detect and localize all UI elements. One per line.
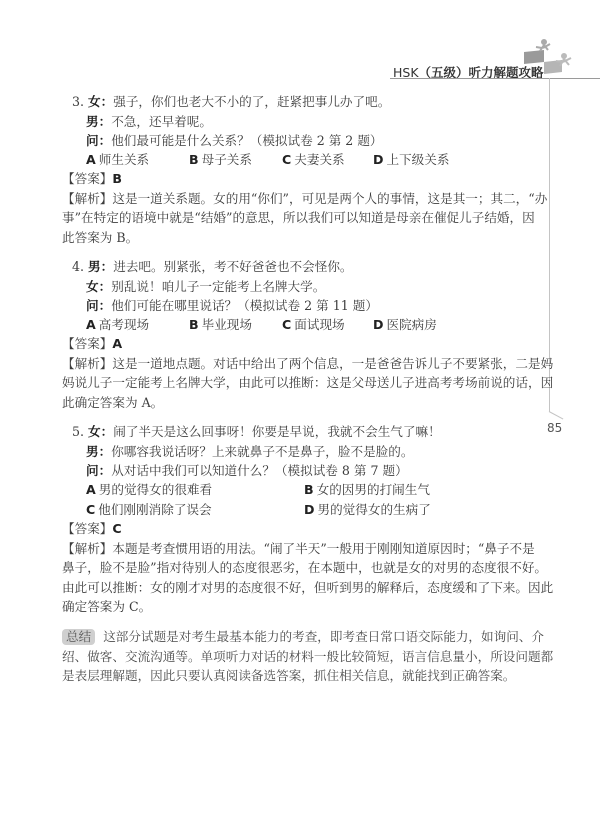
answer-value: A <box>112 336 122 351</box>
analysis-text: 这是一道关系题。女的用“你们”，可见是两个人的事情，这是其一；其二，“办 <box>112 191 547 206</box>
option-key: D <box>304 502 314 517</box>
answer-label: 【答案】 <box>62 171 112 186</box>
analysis-label: 【解析】 <box>62 356 112 371</box>
dialogue-line: 4. 男：进去吧。别紧张，考不好爸爸也不会怪你。 <box>72 259 353 275</box>
speaker-label: 女： <box>88 94 113 109</box>
analysis-line: 【解析】这是一道地点题。对话中给出了两个信息，一是爸爸告诉儿子不要紧张，二是妈 <box>62 356 553 372</box>
question-line: 问：他们可能在哪里说话？（模拟试卷 2 第 11 题） <box>86 298 378 314</box>
analysis-line: 确定答案为 C。 <box>62 599 151 615</box>
speaker-label: 问： <box>86 133 111 148</box>
option-a: A男的觉得女的很难看 <box>86 482 212 498</box>
speaker-label: 男： <box>86 114 111 129</box>
analysis-line: 妈说儿子一定能考上名牌大学，由此可以推断：这是父母送儿子进高考考场前说的话，因 <box>62 375 553 391</box>
speaker-label: 女： <box>88 424 113 439</box>
answer-label: 【答案】 <box>62 336 112 351</box>
option-d: D男的觉得女的生病了 <box>304 502 431 518</box>
question-number: 3. <box>72 94 84 109</box>
dialogue-text: 闹了半天是这么回事呀！你要是早说，我就不会生气了嘛！ <box>113 424 440 439</box>
dialogue-line: 男：你哪容我说话呀？上来就鼻子不是鼻子，脸不是脸的。 <box>86 444 413 460</box>
dialogue-line: 3. 女：强子，你们也老大不小的了，赶紧把事儿办了吧。 <box>72 94 390 110</box>
option-d: D上下级关系 <box>373 152 449 168</box>
summary-text: 这部分试题是对考生最基本能力的考查，即考查日常口语交际能力，如询问、介 <box>103 629 544 644</box>
question-text: 他们最可能是什么关系？（模拟试卷 2 第 2 题） <box>111 133 382 148</box>
option-b: B母子关系 <box>189 152 252 168</box>
question-number: 5. <box>72 424 84 439</box>
dialogue-text: 进去吧。别紧张，考不好爸爸也不会怪你。 <box>113 259 352 274</box>
option-text: 面试现场 <box>294 317 344 332</box>
summary-line: 绍、做客、交流沟通等。单项听力对话的材料一般比较简短，语言信息量小，所设问题都 <box>62 649 553 665</box>
answer-line: 【答案】A <box>62 336 122 352</box>
option-a: A高考现场 <box>86 317 149 333</box>
option-key: A <box>86 317 96 332</box>
option-text: 夫妻关系 <box>294 152 344 167</box>
analysis-line: 【解析】这是一道关系题。女的用“你们”，可见是两个人的事情，这是其一；其二，“办 <box>62 191 547 207</box>
question-text: 他们可能在哪里说话？（模拟试卷 2 第 11 题） <box>111 298 378 313</box>
option-key: B <box>189 317 199 332</box>
option-a: A师生关系 <box>86 152 149 168</box>
margin-rule-angle <box>549 411 564 419</box>
analysis-line: 【解析】本题是考查惯用语的用法。“闹了半天”一般用于刚刚知道原因时；“鼻子不是 <box>62 541 535 557</box>
summary-badge: 总结 <box>62 629 95 645</box>
answer-label: 【答案】 <box>62 521 112 536</box>
summary-line: 是表层理解题，因此只要认真阅读备选答案，抓住相关信息，就能找到正确答案。 <box>62 668 515 684</box>
option-key: D <box>373 152 383 167</box>
option-text: 高考现场 <box>99 317 149 332</box>
option-key: D <box>373 317 383 332</box>
dialogue-line: 女：别乱说！咱儿子一定能考上名牌大学。 <box>86 279 325 295</box>
analysis-label: 【解析】 <box>62 541 112 556</box>
option-c: C面试现场 <box>282 317 345 333</box>
speaker-label: 男： <box>88 259 113 274</box>
speaker-label: 女： <box>86 279 111 294</box>
speaker-label: 问： <box>86 298 111 313</box>
option-key: B <box>189 152 199 167</box>
dialogue-text: 强子，你们也老大不小的了，赶紧把事儿办了吧。 <box>113 94 390 109</box>
question-number: 4. <box>72 259 84 274</box>
option-b: B毕业现场 <box>189 317 252 333</box>
option-key: C <box>282 317 291 332</box>
analysis-line: 此答案为 B。 <box>62 230 138 246</box>
page-number: 85 <box>547 421 562 435</box>
option-c: C他们刚刚消除了误会 <box>86 502 212 518</box>
option-text: 女的因男的打闹生气 <box>317 482 430 497</box>
option-text: 师生关系 <box>99 152 149 167</box>
answer-line: 【答案】B <box>62 171 122 187</box>
option-text: 男的觉得女的生病了 <box>317 502 430 517</box>
analysis-line: 事”在特定的语境中就是“结婚”的意思，所以我们可以知道是母亲在催促儿子结婚，因 <box>62 210 535 226</box>
dialogue-text: 你哪容我说话呀？上来就鼻子不是鼻子，脸不是脸的。 <box>111 444 413 459</box>
speaker-label: 男： <box>86 444 111 459</box>
option-text: 上下级关系 <box>386 152 449 167</box>
option-text: 母子关系 <box>202 152 252 167</box>
summary-line: 总结这部分试题是对考生最基本能力的考查，即考查日常口语交际能力，如询问、介 <box>62 629 544 645</box>
answer-line: 【答案】C <box>62 521 122 537</box>
option-key: C <box>86 502 95 517</box>
option-text: 男的觉得女的很难看 <box>99 482 212 497</box>
analysis-text: 这是一道地点题。对话中给出了两个信息，一是爸爸告诉儿子不要紧张，二是妈 <box>112 356 553 371</box>
option-b: B女的因男的打闹生气 <box>304 482 430 498</box>
analysis-label: 【解析】 <box>62 191 112 206</box>
answer-value: B <box>112 171 122 186</box>
option-c: C夫妻关系 <box>282 152 345 168</box>
option-text: 毕业现场 <box>202 317 252 332</box>
option-key: A <box>86 482 96 497</box>
option-d: D医院病房 <box>373 317 437 333</box>
dialogue-line: 男：不急，还早着呢。 <box>86 114 212 130</box>
question-text: 从对话中我们可以知道什么？（模拟试卷 8 第 7 题） <box>111 463 408 478</box>
option-key: C <box>282 152 291 167</box>
dialogue-line: 5. 女：闹了半天是这么回事呀！你要是早说，我就不会生气了嘛！ <box>72 424 441 440</box>
option-key: B <box>304 482 314 497</box>
option-text: 他们刚刚消除了误会 <box>98 502 211 517</box>
analysis-line: 由此可以推断：女的刚才对男的态度很不好，但听到男的解释后，态度缓和了下来。因此 <box>62 580 553 596</box>
answer-value: C <box>112 521 121 536</box>
question-line: 问：他们最可能是什么关系？（模拟试卷 2 第 2 题） <box>86 133 383 149</box>
option-text: 医院病房 <box>386 317 436 332</box>
analysis-line: 鼻子，脸不是脸”指对待别人的态度很恶劣，在本题中，也就是女的对男的态度很不好。 <box>62 560 547 576</box>
analysis-text: 本题是考查惯用语的用法。“闹了半天”一般用于刚刚知道原因时；“鼻子不是 <box>112 541 534 556</box>
speaker-label: 问： <box>86 463 111 478</box>
dialogue-text: 别乱说！咱儿子一定能考上名牌大学。 <box>111 279 325 294</box>
option-key: A <box>86 152 96 167</box>
header-rule <box>390 78 600 79</box>
question-line: 问：从对话中我们可以知道什么？（模拟试卷 8 第 7 题） <box>86 463 408 479</box>
analysis-line: 此确定答案为 A。 <box>62 395 163 411</box>
dialogue-text: 不急，还早着呢。 <box>111 114 212 129</box>
